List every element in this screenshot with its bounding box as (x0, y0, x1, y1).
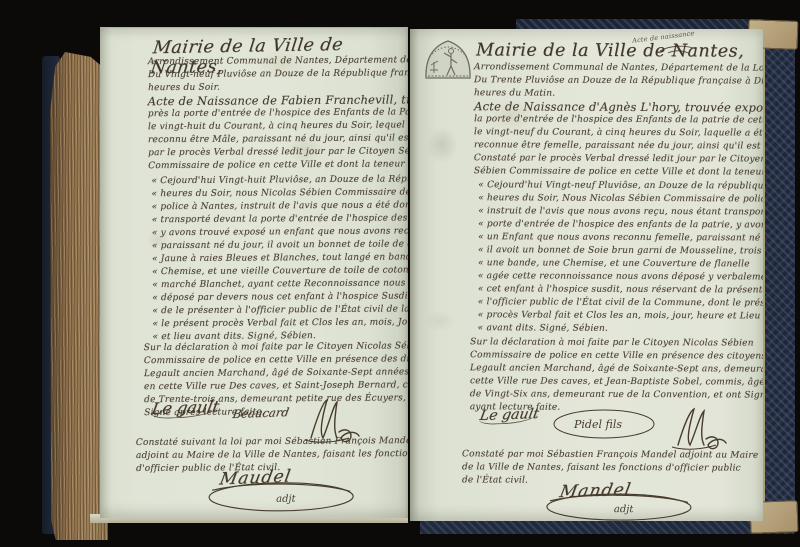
signature-oval-pidel: Pidel fils (552, 407, 656, 441)
photographed-register-book: Mairie de la Ville de Nantes, Arrondisse… (0, 0, 800, 547)
birth-act-paragraph: Acte de Naissance de Fabien Franchevill,… (148, 93, 408, 173)
book-cover-right-edge (762, 25, 795, 528)
svg-text:adjt: adjt (276, 494, 297, 505)
declaration-paragraph: Sur la déclaration à moi faite par le Ci… (470, 336, 763, 415)
signature-legault: Le gault (150, 397, 221, 419)
official-signature: Maudel adjt (220, 468, 291, 488)
municipal-stamp (422, 37, 474, 81)
manuscript-line: Du Vingt-neuf Pluviôse an Douze de la Ré… (148, 67, 408, 82)
svg-text:adjt: adjt (614, 504, 635, 515)
signature-flourish (670, 407, 728, 451)
signature-paraph-oval: adjt (544, 491, 694, 521)
manuscript-line: de la Ville de Nantes, faisant les fonct… (462, 461, 758, 475)
witness-signatures: Le gault Pidel fils (480, 407, 728, 451)
signature-legault: Le gault (478, 406, 540, 425)
official-signature: Mandel adjt (560, 481, 631, 501)
manuscript-line: « avant dits. Signé, Sébien. (478, 322, 763, 337)
proces-verbal-quote: « Cejourd'hui Vingt-neuf Pluviôse, an Do… (478, 179, 763, 337)
birth-act-paragraph: Acte de Naissance d'Agnès L'hory, trouvé… (474, 100, 763, 179)
manuscript-line: adjoint au Maire de la Ville de Nantes, … (136, 448, 408, 463)
subheader-block: Arrondissement Communal de Nantes, Dépar… (474, 61, 763, 101)
signature-paraph-oval: adjt (206, 479, 356, 514)
svg-text:Pidel fils: Pidel fils (573, 418, 622, 431)
signature-beaucard: Beaucard (231, 405, 290, 421)
manuscript-line: Sébien Commissaire de police en cette Vi… (474, 165, 763, 179)
manuscript-line: « le présent procès Verbal fait et Clos … (152, 316, 408, 331)
register-page-right: Acte de naissance Mairie de la Ville de … (410, 29, 763, 521)
page-title: Mairie de la Ville de Nantes, (476, 40, 744, 61)
manuscript-line: Constaté par moi Sébastien François Mand… (462, 448, 758, 462)
subheader-block: Arrondissement Communal de Nantes, Dépar… (148, 54, 408, 95)
manuscript-line: Commissaire de police en cette Ville et … (148, 158, 408, 173)
register-page-left: Mairie de la Ville de Nantes, Arrondisse… (100, 27, 408, 518)
proces-verbal-quote: « Cejourd'hui Vingt-huit Pluviôse, an Do… (151, 173, 408, 344)
